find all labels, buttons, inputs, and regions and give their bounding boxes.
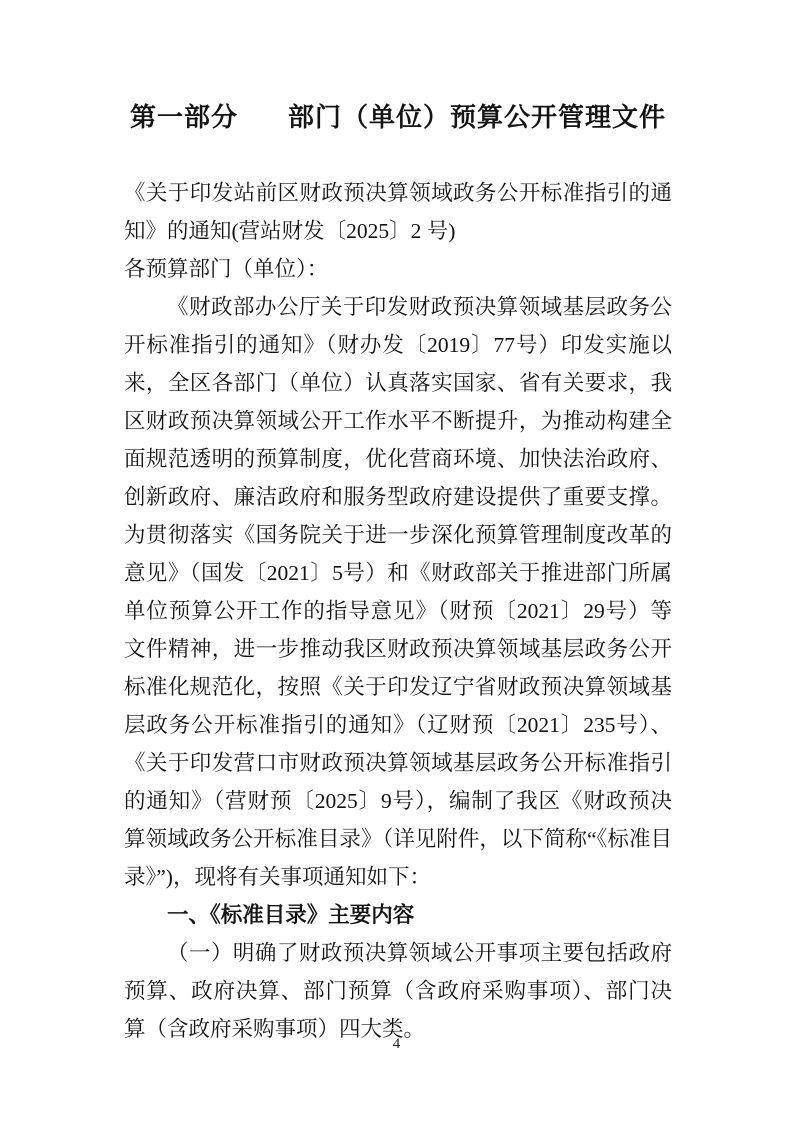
- body-paragraph-1: 《财政部办公厅关于印发财政预决算领域基层政务公开标准指引的通知》（财办发〔201…: [124, 288, 672, 896]
- section-heading: 一、《标准目录》主要内容: [124, 896, 672, 934]
- body-paragraph-2: （一）明确了财政预决算领域公开事项主要包括政府预算、政府决算、部门预算（含政府采…: [124, 934, 672, 1048]
- notice-title: 《关于印发站前区财政预决算领域政务公开标准指引的通知》的通知(营站财发〔2025…: [124, 174, 672, 250]
- salutation: 各预算部门（单位）：: [124, 250, 672, 288]
- document-title: 第一部分部门（单位）预算公开管理文件: [124, 98, 672, 138]
- title-section-name: 部门（单位）预算公开管理文件: [288, 103, 666, 132]
- document-page: 第一部分部门（单位）预算公开管理文件 《关于印发站前区财政预决算领域政务公开标准…: [0, 0, 793, 1122]
- title-section-label: 第一部分: [130, 103, 238, 132]
- page-number: 4: [0, 1036, 793, 1053]
